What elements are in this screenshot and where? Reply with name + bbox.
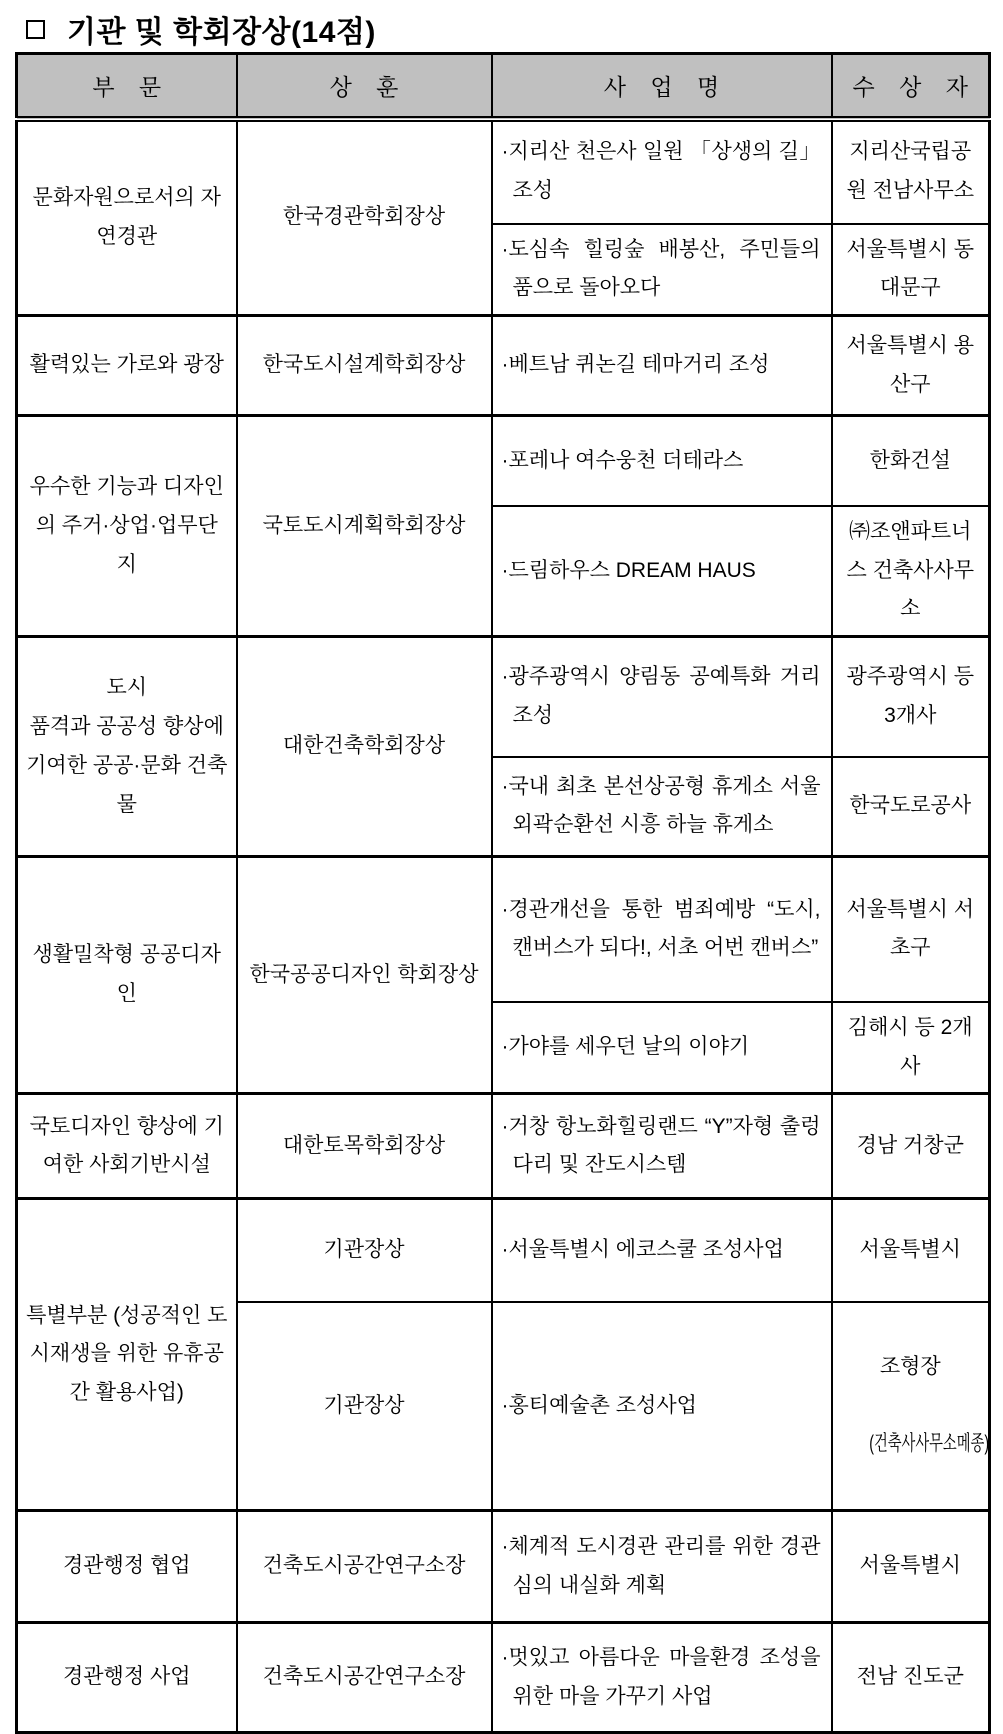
category-cell: 우수한 기능과 디자인의 주거·상업·업무단지 (17, 416, 237, 637)
award-cell: 국토도시계획학회장상 (237, 416, 492, 637)
header-category: 부 문 (17, 54, 237, 119)
awards-table: 부 문 상 훈 사 업 명 수 상 자 문화자원으로서의 자연경관 한국경관학회… (15, 52, 991, 1734)
table-row: 특별부분 (성공적인 도시재생을 위한 유휴공간 활용사업) 기관장상 ·서울특… (17, 1199, 990, 1302)
winner-line-1: 조형장 (841, 1348, 981, 1387)
award-cell: 기관장상 (237, 1199, 492, 1302)
page-title-text: 기관 및 학회장상(14점) (67, 7, 376, 51)
award-cell: 건축도시공간연구소장 (237, 1511, 492, 1623)
project-cell: ·홍티예술촌 조성사업 (492, 1302, 832, 1511)
table-row: 생활밀착형 공공디자인 한국공공디자인 학회장상 ·경관개선을 통한 범죄예방 … (17, 857, 990, 1002)
winner-cell: 한화건설 (832, 416, 990, 506)
category-cell: 도시 품격과 공공성 향상에 기여한 공공·문화 건축물 (17, 637, 237, 857)
header-winner: 수 상 자 (832, 54, 990, 119)
project-cell: ·경관개선을 통한 범죄예방 “도시, 캔버스가 되다!, 서초 어번 캔버스” (492, 857, 832, 1002)
category-cell: 경관행정 사업 (17, 1623, 237, 1733)
winner-cell: 경남 거창군 (832, 1094, 990, 1199)
award-cell: 한국경관학회장상 (237, 119, 492, 316)
winner-cell: 김해시 등 2개사 (832, 1002, 990, 1094)
award-cell: 한국공공디자인 학회장상 (237, 857, 492, 1094)
category-cell: 활력있는 가로와 광장 (17, 316, 237, 416)
category-cell: 경관행정 협업 (17, 1511, 237, 1623)
table-row: 우수한 기능과 디자인의 주거·상업·업무단지 국토도시계획학회장상 ·포레나 … (17, 416, 990, 506)
project-cell: ·도심속 힐링숲 배봉산, 주민들의 품으로 돌아오다 (492, 224, 832, 316)
project-cell: ·가야를 세우던 날의 이야기 (492, 1002, 832, 1094)
checkbox-icon (26, 20, 45, 39)
category-cell: 국토디자인 향상에 기여한 사회기반시설 (17, 1094, 237, 1199)
winner-cell: 서울특별시 (832, 1199, 990, 1302)
header-project: 사 업 명 (492, 54, 832, 119)
project-cell: ·체계적 도시경관 관리를 위한 경관심의 내실화 계획 (492, 1511, 832, 1623)
category-cell: 문화자원으로서의 자연경관 (17, 119, 237, 316)
header-award: 상 훈 (237, 54, 492, 119)
winner-cell: 지리산국립공원 전남사무소 (832, 119, 990, 224)
page-title: 기관 및 학회장상(14점) (0, 0, 1003, 52)
table-row: 도시 품격과 공공성 향상에 기여한 공공·문화 건축물 대한건축학회장상 ·광… (17, 637, 990, 757)
table-row: 국토디자인 향상에 기여한 사회기반시설 대한토목학회장상 ·거창 항노화힐링랜… (17, 1094, 990, 1199)
category-cell: 생활밀착형 공공디자인 (17, 857, 237, 1094)
project-cell: ·거창 항노화힐링랜드 “Y”자형 출렁다리 및 잔도시스템 (492, 1094, 832, 1199)
award-cell: 대한건축학회장상 (237, 637, 492, 857)
table-row: 경관행정 사업 건축도시공간연구소장 ·멋있고 아름다운 마을환경 조성을 위한… (17, 1623, 990, 1733)
project-cell: ·드림하우스 DREAM HAUS (492, 506, 832, 637)
winner-cell: 서울특별시 (832, 1511, 990, 1623)
table-row: 활력있는 가로와 광장 한국도시설계학회장상 ·베트남 퀴논길 테마거리 조성 … (17, 316, 990, 416)
award-cell: 기관장상 (237, 1302, 492, 1511)
winner-cell: 서울특별시 용산구 (832, 316, 990, 416)
winner-line-2: (건축사사무소메종) (841, 1425, 981, 1464)
project-cell: ·포레나 여수웅천 더테라스 (492, 416, 832, 506)
project-cell: ·멋있고 아름다운 마을환경 조성을 위한 마을 가꾸기 사업 (492, 1623, 832, 1733)
project-cell: ·서울특별시 에코스쿨 조성사업 (492, 1199, 832, 1302)
table-row: 문화자원으로서의 자연경관 한국경관학회장상 ·지리산 천은사 일원 「상생의 … (17, 119, 990, 224)
header-row: 부 문 상 훈 사 업 명 수 상 자 (17, 54, 990, 119)
award-cell: 건축도시공간연구소장 (237, 1623, 492, 1733)
winner-cell: 서울특별시 동대문구 (832, 224, 990, 316)
award-cell: 한국도시설계학회장상 (237, 316, 492, 416)
award-cell: 대한토목학회장상 (237, 1094, 492, 1199)
category-cell: 특별부분 (성공적인 도시재생을 위한 유휴공간 활용사업) (17, 1199, 237, 1511)
winner-cell: 광주광역시 등 3개사 (832, 637, 990, 757)
project-cell: ·지리산 천은사 일원 「상생의 길」 조성 (492, 119, 832, 224)
winner-cell: ㈜조앤파트너스 건축사사무소 (832, 506, 990, 637)
project-cell: ·국내 최초 본선상공형 휴게소 서울외곽순환선 시흥 하늘 휴게소 (492, 757, 832, 857)
winner-cell: 조형장 (건축사사무소메종) (832, 1302, 990, 1511)
project-cell: ·광주광역시 양림동 공예특화 거리 조성 (492, 637, 832, 757)
project-cell: ·베트남 퀴논길 테마거리 조성 (492, 316, 832, 416)
winner-cell: 한국도로공사 (832, 757, 990, 857)
table-row: 경관행정 협업 건축도시공간연구소장 ·체계적 도시경관 관리를 위한 경관심의… (17, 1511, 990, 1623)
winner-cell: 서울특별시 서초구 (832, 857, 990, 1002)
winner-cell: 전남 진도군 (832, 1623, 990, 1733)
